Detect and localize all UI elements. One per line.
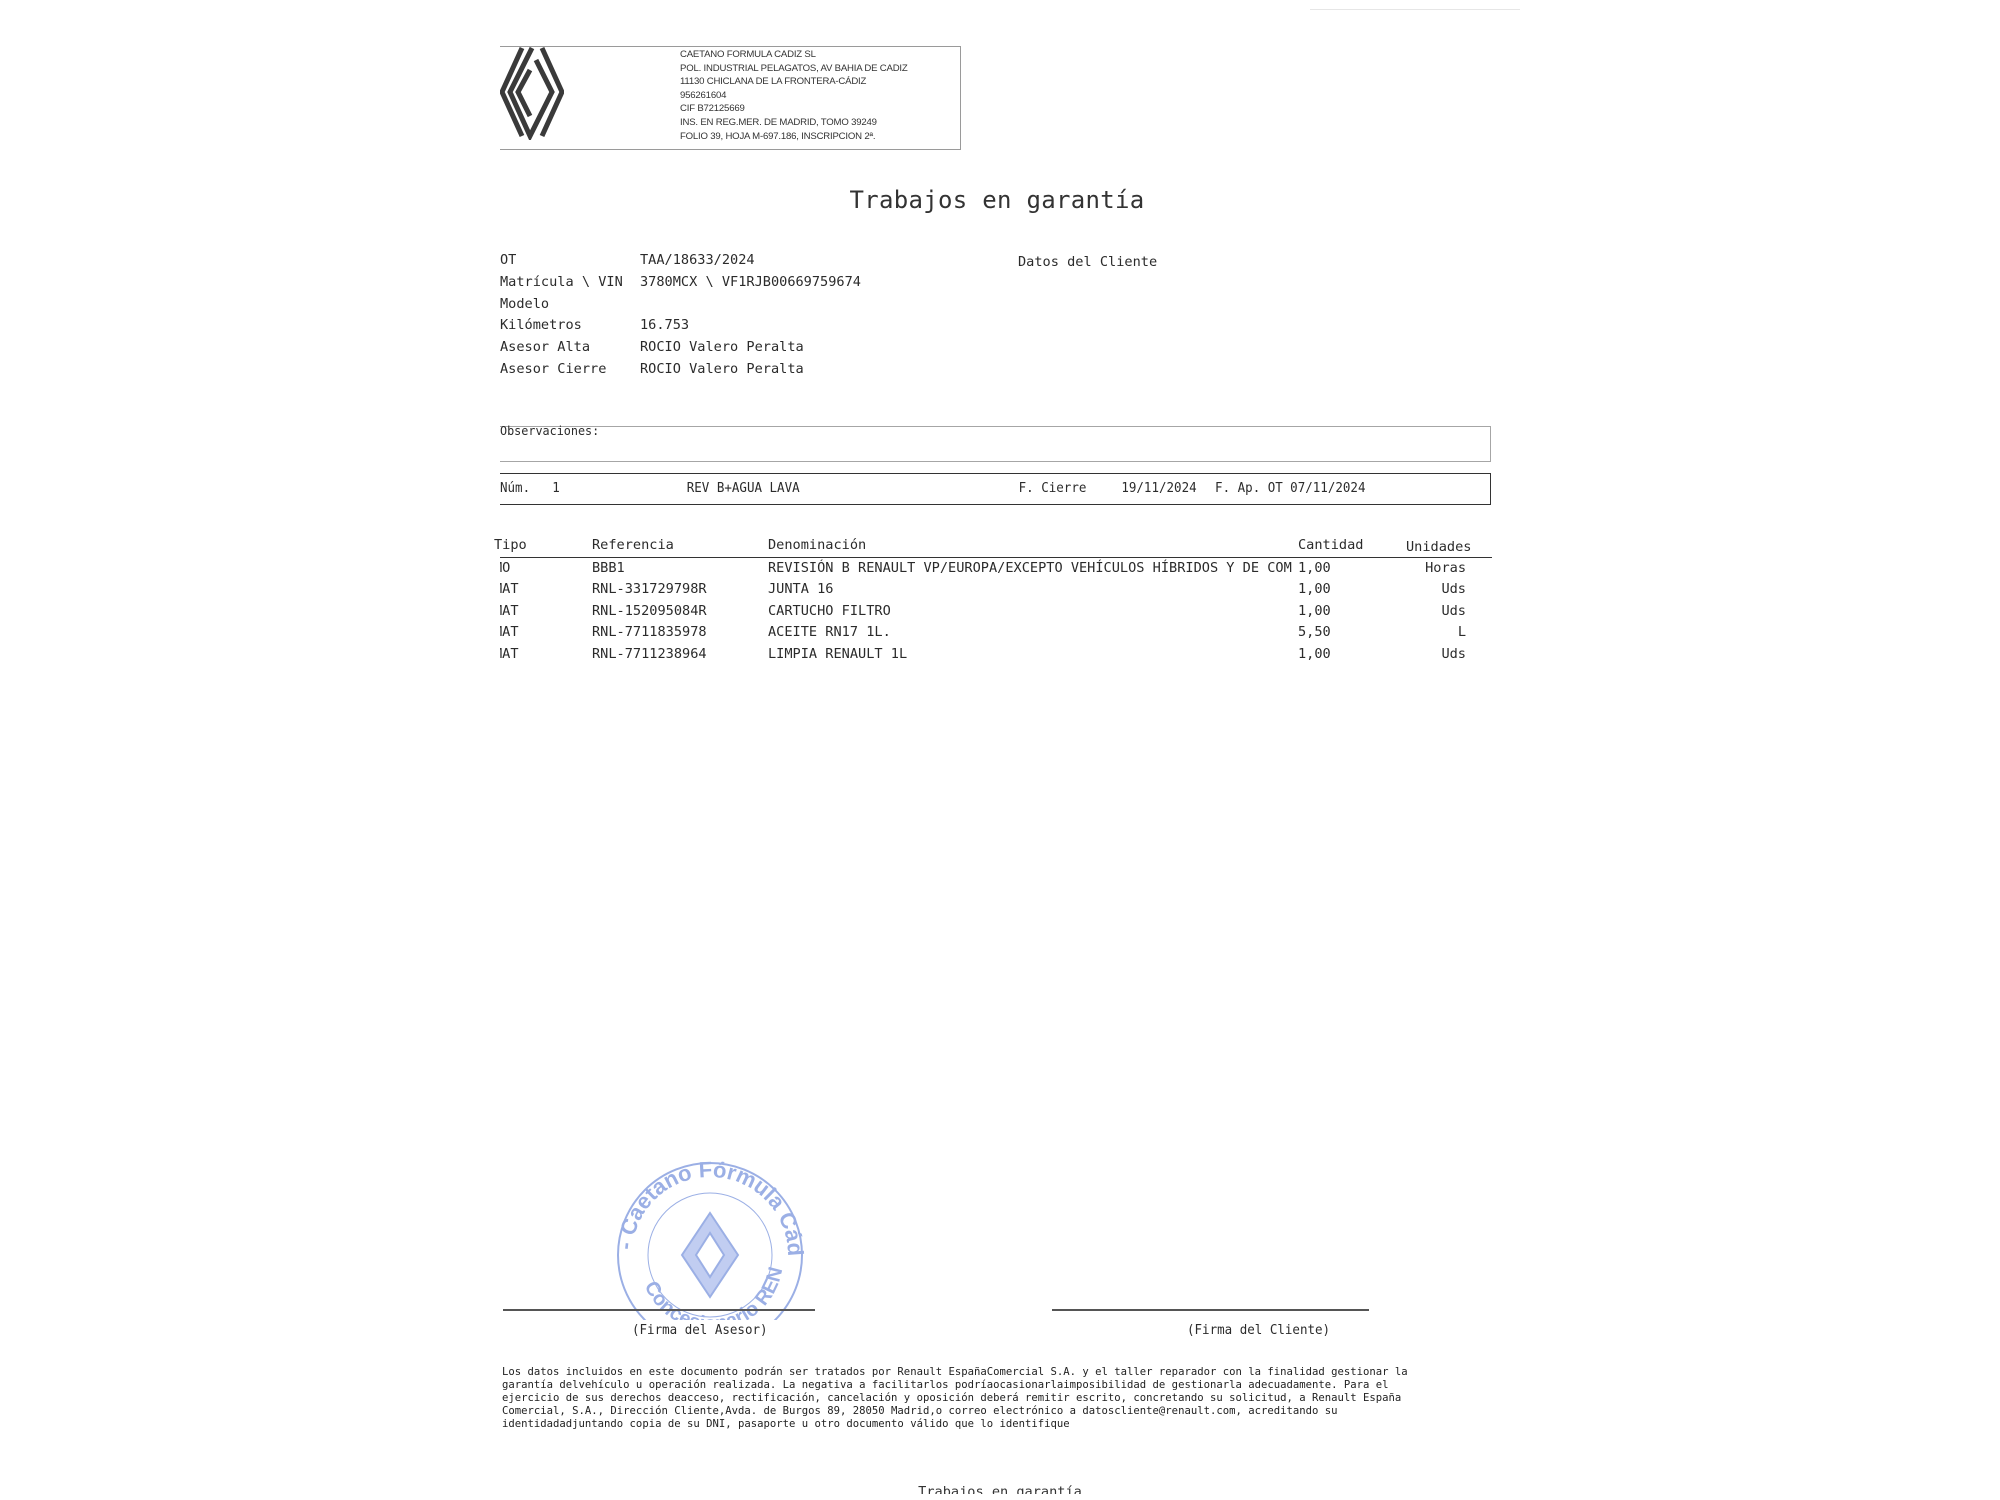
cierre-label: F. Cierre (1019, 480, 1087, 496)
cell-denominacion: CARTUCHO FILTRO (768, 603, 891, 619)
cell-referencia: BBB1 (592, 560, 625, 576)
legal-line: identidadadjuntando copia de su DNI, pas… (502, 1418, 1482, 1431)
cell-referencia: RNL-7711835978 (592, 624, 707, 640)
cell-cantidad: 1,00 (1298, 603, 1331, 619)
observations-box (500, 426, 1491, 462)
company-phone: 956261604 (680, 89, 908, 103)
info-value: 16.753 (640, 315, 689, 337)
header-denominacion: Denominación (768, 537, 866, 553)
cell-tipo-text: MO (500, 560, 516, 576)
legal-notice: Los datos incluidos en este documento po… (502, 1366, 1482, 1431)
advisor-signature-label: (Firma del Asesor) (632, 1322, 768, 1338)
cell-cantidad: 1,00 (1298, 646, 1331, 662)
advisor-signature-line (503, 1309, 815, 1311)
cell-denominacion: LIMPIA RENAULT 1L (768, 646, 907, 662)
apertura-label: F. Ap. OT (1215, 480, 1283, 496)
info-row-asesor-alta: Asesor Alta ROCIO Valero Peralta (500, 337, 861, 359)
company-folio: FOLIO 39, HOJA M-697.186, INSCRIPCION 2ª… (680, 130, 908, 144)
cell-unidades: Uds (1441, 646, 1466, 662)
cell-unidades: Uds (1441, 603, 1466, 619)
info-value: 3780MCX \ VF1RJB00669759674 (640, 272, 861, 294)
renault-logo-icon (500, 44, 564, 140)
company-registry: INS. EN REG.MER. DE MADRID, TOMO 39249 (680, 116, 908, 130)
cell-tipo: MAT (500, 624, 522, 640)
table-row: MATRNL-152095084RCARTUCHO FILTRO1,00Uds (500, 601, 1492, 622)
info-row-matricula: Matrícula \ VIN 3780MCX \ VF1RJB00669759… (500, 272, 861, 294)
cell-unidades: Uds (1441, 581, 1466, 597)
footer-title: Trabajos en garantía (0, 1484, 2000, 1494)
legal-line: garantía delvehículo u operación realiza… (502, 1379, 1482, 1392)
cell-tipo: MAT (500, 603, 522, 619)
info-row-asesor-cierre: Asesor Cierre ROCIO Valero Peralta (500, 359, 861, 381)
cell-tipo-text: MAT (500, 581, 516, 597)
table-row: MOBBB1REVISIÓN B RENAULT VP/EUROPA/EXCEP… (500, 558, 1492, 579)
legal-line: ejercicio de sus derechos deacceso, rect… (502, 1392, 1482, 1405)
cell-referencia: RNL-7711238964 (592, 646, 707, 662)
items-table: Tipo Referencia Denominación Cantidad Un… (500, 532, 1492, 665)
cell-denominacion: REVISIÓN B RENAULT VP/EUROPA/EXCEPTO VEH… (768, 560, 1292, 576)
info-label: OT (500, 250, 640, 272)
company-address: POL. INDUSTRIAL PELAGATOS, AV BAHIA DE C… (680, 62, 908, 76)
document-title: Trabajos en garantía (0, 186, 2000, 214)
observations-label: Observaciones: (500, 424, 599, 439)
info-label: Matrícula \ VIN (500, 272, 640, 294)
cierre-date: 19/11/2024 (1121, 480, 1196, 496)
cell-tipo: MAT (500, 581, 522, 597)
header-unidades: Unidades (1406, 539, 1471, 555)
client-signature-label: (Firma del Cliente) (1187, 1322, 1330, 1338)
cell-denominacion: ACEITE RN17 1L. (768, 624, 891, 640)
info-value: ROCIO Valero Peralta (640, 359, 804, 381)
cell-unidades: Horas (1425, 560, 1466, 576)
header-referencia: Referencia (592, 537, 674, 553)
cell-cantidad: 1,00 (1298, 560, 1331, 576)
company-stamp-icon: - Caetano Fórmula Cádiz, S.L. - Concesio… (610, 1160, 810, 1320)
company-details: CAETANO FORMULA CADIZ SL POL. INDUSTRIAL… (680, 48, 908, 143)
client-data-heading: Datos del Cliente (1018, 254, 1157, 270)
cell-cantidad: 5,50 (1298, 624, 1331, 640)
client-signature-line (1052, 1309, 1369, 1311)
cell-tipo: MAT (500, 646, 522, 662)
legal-line: Comercial, S.A., Dirección Cliente,Avda.… (502, 1405, 1482, 1418)
info-value: ROCIO Valero Peralta (640, 337, 804, 359)
info-label: Modelo (500, 294, 640, 316)
cell-tipo-text: MAT (500, 624, 516, 640)
cell-unidades: L (1458, 624, 1466, 640)
cell-referencia: RNL-331729798R (592, 581, 707, 597)
info-value: TAA/18633/2024 (640, 250, 755, 272)
cell-tipo: MO (500, 560, 522, 576)
num-label: Núm. (500, 480, 530, 496)
table-header: Tipo Referencia Denominación Cantidad Un… (500, 532, 1492, 558)
header-cantidad: Cantidad (1298, 537, 1363, 553)
header-tipo: Tipo (494, 537, 534, 553)
company-city: 11130 CHICLANA DE LA FRONTERA-CÁDIZ (680, 75, 908, 89)
info-label: Asesor Alta (500, 337, 640, 359)
apertura-date: 07/11/2024 (1290, 480, 1365, 496)
cell-tipo-text: MAT (500, 646, 516, 662)
vehicle-info: OT TAA/18633/2024 Matrícula \ VIN 3780MC… (500, 250, 861, 381)
table-row: MATRNL-7711238964LIMPIA RENAULT 1L1,00Ud… (500, 644, 1492, 665)
company-name: CAETANO FORMULA CADIZ SL (680, 48, 908, 62)
cell-cantidad: 1,00 (1298, 581, 1331, 597)
company-cif: CIF B72125669 (680, 102, 908, 116)
cell-denominacion: JUNTA 16 (768, 581, 833, 597)
info-row-ot: OT TAA/18633/2024 (500, 250, 861, 272)
work-order-line: Núm.1REV B+AGUA LAVAF. Cierre19/11/2024F… (500, 480, 1365, 496)
info-row-kilometros: Kilómetros 16.753 (500, 315, 861, 337)
cell-tipo-text: MAT (500, 603, 516, 619)
table-row: MATRNL-331729798RJUNTA 161,00Uds (500, 579, 1492, 600)
cell-referencia: RNL-152095084R (592, 603, 707, 619)
work-description: REV B+AGUA LAVA (687, 480, 800, 496)
table-row: MATRNL-7711835978ACEITE RN17 1L.5,50L (500, 622, 1492, 643)
info-label: Asesor Cierre (500, 359, 640, 381)
info-row-modelo: Modelo (500, 294, 861, 316)
info-label: Kilómetros (500, 315, 640, 337)
scan-artifact-line (1310, 9, 1520, 10)
legal-line: Los datos incluidos en este documento po… (502, 1366, 1482, 1379)
num-value: 1 (552, 480, 560, 496)
